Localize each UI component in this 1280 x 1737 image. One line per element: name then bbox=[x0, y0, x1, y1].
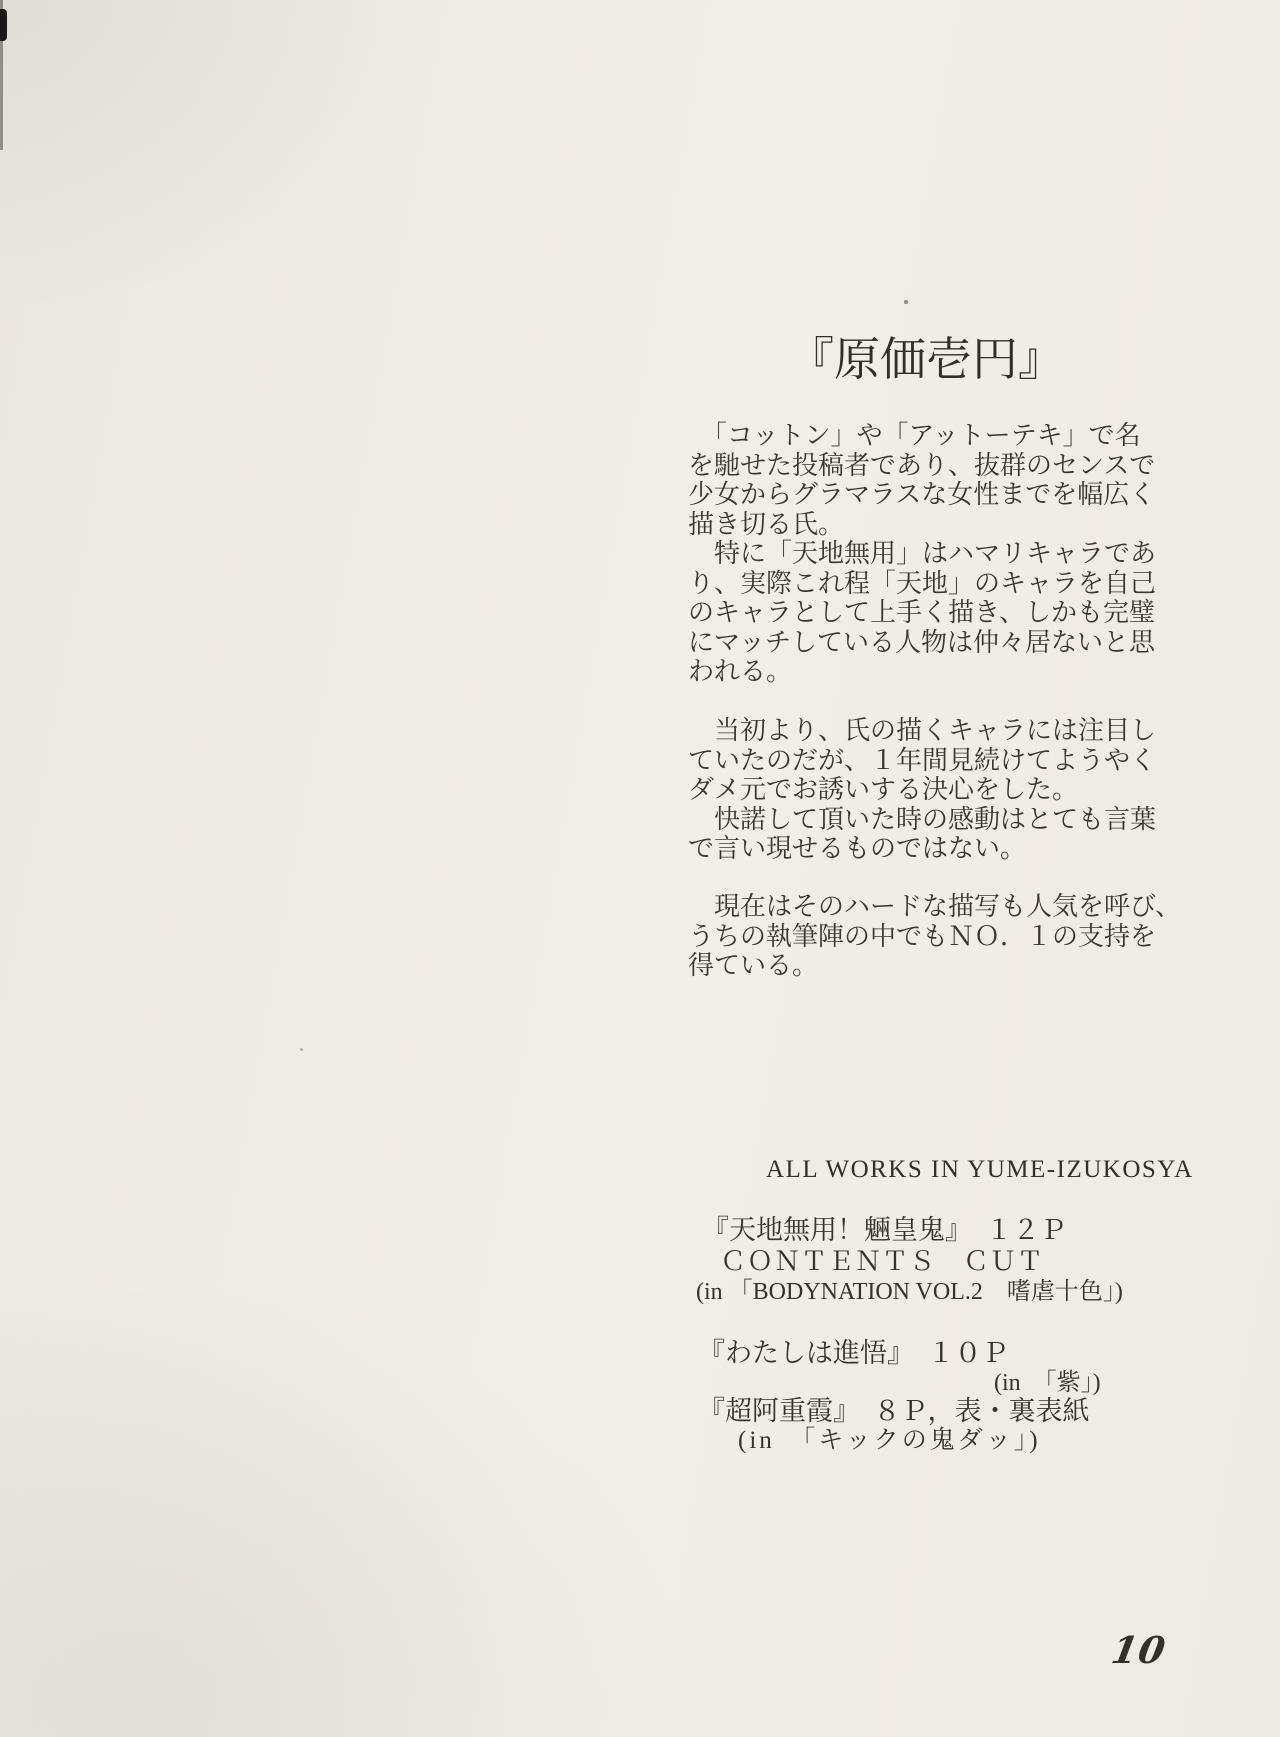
page-number: 10 bbox=[1108, 1628, 1169, 1672]
text-line: 快諾して頂いた時の感動はとても言葉 bbox=[688, 805, 1188, 835]
scan-artifact-speck bbox=[300, 1048, 303, 1051]
text-line: り、実際これ程「天地」のキャラを自己 bbox=[688, 569, 1188, 599]
text-line: 当初より、氏の描くキャラには注目し bbox=[688, 716, 1188, 746]
text-line: 「コットン」や「アットーテキ」で名 bbox=[688, 421, 1188, 451]
text-line: ていたのだが、１年間見続けてようやく bbox=[688, 746, 1188, 776]
scan-artifact-corner-notch bbox=[0, 9, 7, 41]
text-line: われる。 bbox=[688, 657, 1188, 687]
text-line: ダメ元でお誘いする決心をした。 bbox=[688, 775, 1188, 805]
page-title: 『原価壱円』 bbox=[690, 334, 1162, 386]
works-heading: ALL WORKS IN YUME-IZUKOSYA bbox=[766, 1156, 1194, 1184]
text-line: 現在はそのハードな描写も人気を呼び、 bbox=[688, 892, 1188, 922]
text-line: 特に「天地無用」はハマリキャラであ bbox=[688, 539, 1188, 569]
text-line: 描き切る氏。 bbox=[688, 510, 1188, 540]
intro-paragraph-3: 現在はそのハードな描写も人気を呼び、 うちの執筆陣の中でもＮＯ．１の支持を 得て… bbox=[688, 892, 1188, 981]
intro-paragraph-2: 当初より、氏の描くキャラには注目し ていたのだが、１年間見続けてようやく ダメ元… bbox=[688, 716, 1188, 864]
text-line: を馳せた投稿者であり、抜群のセンスで bbox=[688, 451, 1188, 481]
text-line: にマッチしている人物は仲々居ないと思 bbox=[688, 628, 1188, 658]
work-item-source: (in 「BODYNATION VOL.2 嗜虐十色」) bbox=[696, 1271, 1123, 1306]
scanned-page: 『原価壱円』 「コットン」や「アットーテキ」で名 を馳せた投稿者であり、抜群のセ… bbox=[0, 0, 1280, 1737]
text-line: 得ている。 bbox=[688, 951, 1188, 981]
intro-paragraph-1: 「コットン」や「アットーテキ」で名 を馳せた投稿者であり、抜群のセンスで 少女か… bbox=[688, 421, 1188, 687]
text-line: うちの執筆陣の中でもＮＯ．１の支持を bbox=[688, 922, 1188, 952]
work-item-title: 『わたしは進悟』 １０Ｐ bbox=[698, 1331, 1009, 1370]
text-line: 少女からグラマラスな女性までを幅広く bbox=[688, 480, 1188, 510]
scan-artifact-speck bbox=[904, 300, 908, 304]
work-item-source: (in 「キックの鬼ダッ」) bbox=[738, 1420, 1041, 1456]
text-line: のキャラとして上手く描き、しかも完璧 bbox=[688, 598, 1188, 628]
text-line: で言い現せるものではない。 bbox=[688, 834, 1188, 864]
